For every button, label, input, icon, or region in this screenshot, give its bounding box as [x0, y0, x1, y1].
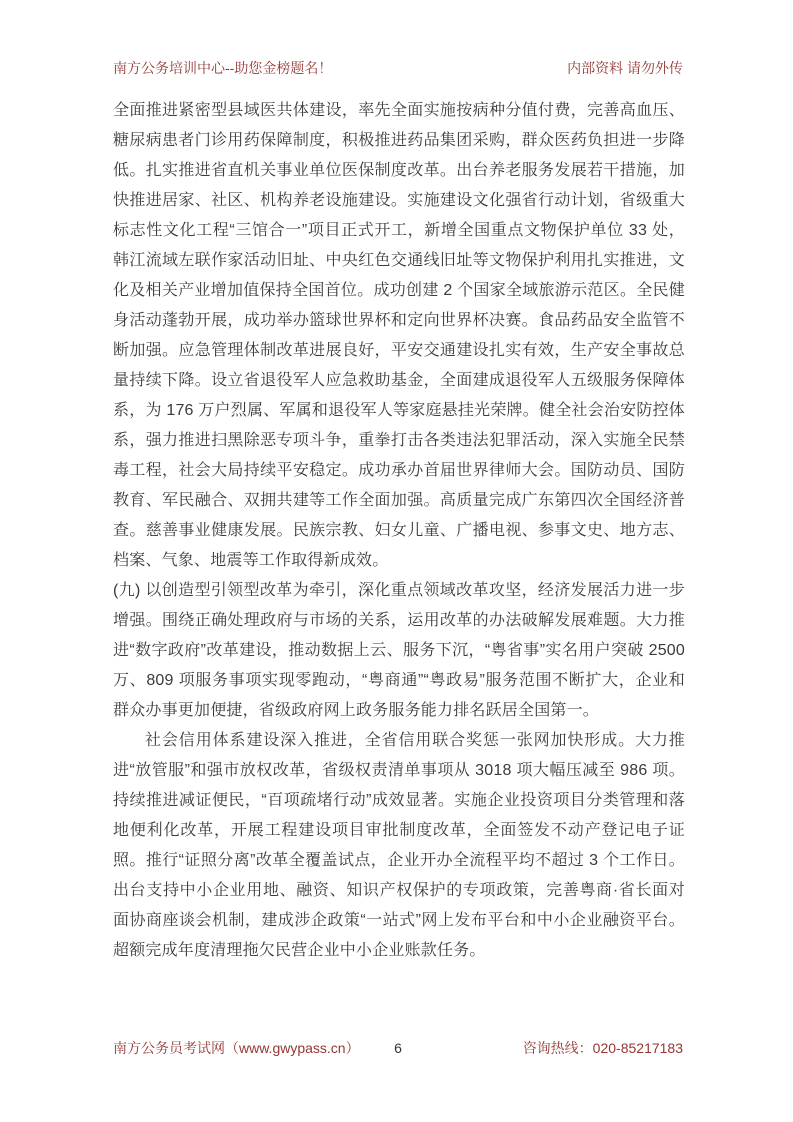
- footer-site-text: 南方公务员考试网（www.gwypass.cn）: [113, 1038, 378, 1058]
- header-left-text: 南方公务培训中心--助您金榜题名！: [113, 58, 332, 78]
- paragraph: (九) 以创造型引领型改革为牵引，深化重点领域改革攻坚，经济发展活力进一步增强。…: [113, 576, 685, 726]
- footer-hotline-text: 咨询热线：020-85217183: [418, 1038, 683, 1058]
- page-footer: 南方公务员考试网（www.gwypass.cn） 6 咨询热线：020-8521…: [113, 1038, 683, 1058]
- header-right-text: 内部资料 请勿外传: [567, 58, 683, 78]
- page-header: 南方公务培训中心--助您金榜题名！ 内部资料 请勿外传: [113, 58, 683, 78]
- page-number: 6: [378, 1038, 418, 1058]
- document-body: 全面推进紧密型县域医共体建设，率先全面实施按病种分值付费，完善高血压、糖尿病患者…: [113, 96, 685, 966]
- document-page: 南方公务培训中心--助您金榜题名！ 内部资料 请勿外传 全面推进紧密型县域医共体…: [0, 0, 793, 1122]
- paragraph: 社会信用体系建设深入推进，全省信用联合奖惩一张网加快形成。大力推进“放管服”和强…: [113, 726, 685, 966]
- paragraph: 全面推进紧密型县域医共体建设，率先全面实施按病种分值付费，完善高血压、糖尿病患者…: [113, 96, 685, 576]
